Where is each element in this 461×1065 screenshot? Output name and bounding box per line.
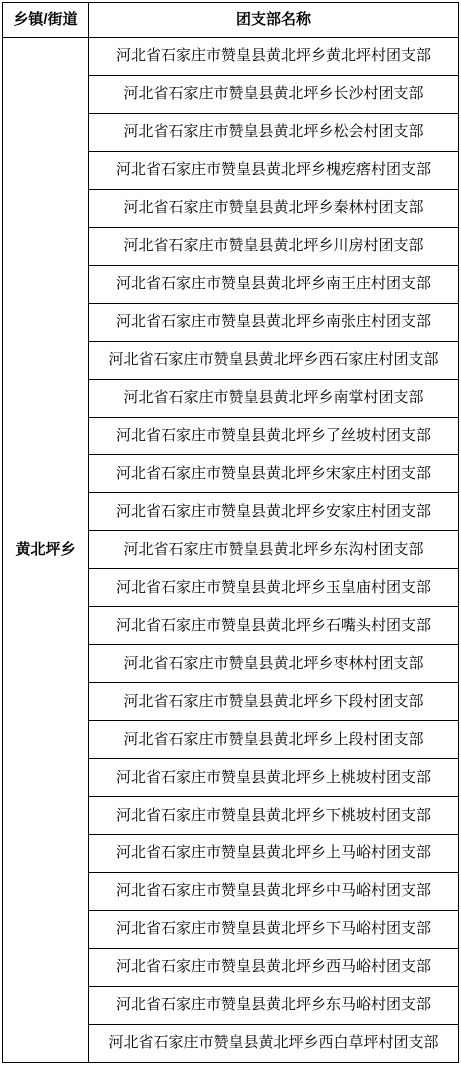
branch-name-cell: 河北省石家庄市赞皇县黄北坪乡南王庄村团支部 xyxy=(89,265,459,303)
township-column-header: 乡镇/街道 xyxy=(3,3,89,38)
branch-name-cell: 河北省石家庄市赞皇县黄北坪乡西白草坪村团支部 xyxy=(89,1024,459,1062)
branch-name-cell: 河北省石家庄市赞皇县黄北坪乡下段村团支部 xyxy=(89,683,459,721)
branch-name-cell: 河北省石家庄市赞皇县黄北坪乡枣林村团支部 xyxy=(89,645,459,683)
branch-name-cell: 河北省石家庄市赞皇县黄北坪乡下桃坡村团支部 xyxy=(89,797,459,835)
branch-name-cell: 河北省石家庄市赞皇县黄北坪乡宋家庄村团支部 xyxy=(89,455,459,493)
branch-name-cell: 河北省石家庄市赞皇县黄北坪乡西马峪村团支部 xyxy=(89,948,459,986)
branch-name-cell: 河北省石家庄市赞皇县黄北坪乡槐疙瘩村团支部 xyxy=(89,151,459,189)
branch-name-cell: 河北省石家庄市赞皇县黄北坪乡下马峪村团支部 xyxy=(89,910,459,948)
table-row: 黄北坪乡河北省石家庄市赞皇县黄北坪乡黄北坪村团支部 xyxy=(3,38,459,76)
branch-name-cell: 河北省石家庄市赞皇县黄北坪乡川房村团支部 xyxy=(89,227,459,265)
branch-column-header: 团支部名称 xyxy=(89,3,459,38)
branch-name-cell: 河北省石家庄市赞皇县黄北坪乡黄北坪村团支部 xyxy=(89,38,459,76)
township-cell: 黄北坪乡 xyxy=(3,38,89,1063)
branch-name-cell: 河北省石家庄市赞皇县黄北坪乡玉皇庙村团支部 xyxy=(89,569,459,607)
branch-name-cell: 河北省石家庄市赞皇县黄北坪乡中马峪村团支部 xyxy=(89,872,459,910)
branch-table: 乡镇/街道 团支部名称 黄北坪乡河北省石家庄市赞皇县黄北坪乡黄北坪村团支部河北省… xyxy=(2,2,459,1063)
branch-name-cell: 河北省石家庄市赞皇县黄北坪乡上段村团支部 xyxy=(89,721,459,759)
branch-name-cell: 河北省石家庄市赞皇县黄北坪乡石嘴头村团支部 xyxy=(89,607,459,645)
branch-name-cell: 河北省石家庄市赞皇县黄北坪乡长沙村团支部 xyxy=(89,75,459,113)
branch-name-cell: 河北省石家庄市赞皇县黄北坪乡南掌村团支部 xyxy=(89,379,459,417)
branch-name-cell: 河北省石家庄市赞皇县黄北坪乡东沟村团支部 xyxy=(89,531,459,569)
branch-name-cell: 河北省石家庄市赞皇县黄北坪乡上桃坡村团支部 xyxy=(89,759,459,797)
branch-name-cell: 河北省石家庄市赞皇县黄北坪乡上马峪村团支部 xyxy=(89,835,459,873)
branch-name-cell: 河北省石家庄市赞皇县黄北坪乡西石家庄村团支部 xyxy=(89,341,459,379)
branch-name-cell: 河北省石家庄市赞皇县黄北坪乡安家庄村团支部 xyxy=(89,493,459,531)
header-row: 乡镇/街道 团支部名称 xyxy=(3,3,459,38)
branch-name-cell: 河北省石家庄市赞皇县黄北坪乡南张庄村团支部 xyxy=(89,303,459,341)
branch-name-cell: 河北省石家庄市赞皇县黄北坪乡松会村团支部 xyxy=(89,113,459,151)
table-body: 黄北坪乡河北省石家庄市赞皇县黄北坪乡黄北坪村团支部河北省石家庄市赞皇县黄北坪乡长… xyxy=(3,38,459,1063)
branch-name-cell: 河北省石家庄市赞皇县黄北坪乡秦林村团支部 xyxy=(89,189,459,227)
branch-name-cell: 河北省石家庄市赞皇县黄北坪乡了丝坡村团支部 xyxy=(89,417,459,455)
branch-name-cell: 河北省石家庄市赞皇县黄北坪乡东马峪村团支部 xyxy=(89,986,459,1024)
